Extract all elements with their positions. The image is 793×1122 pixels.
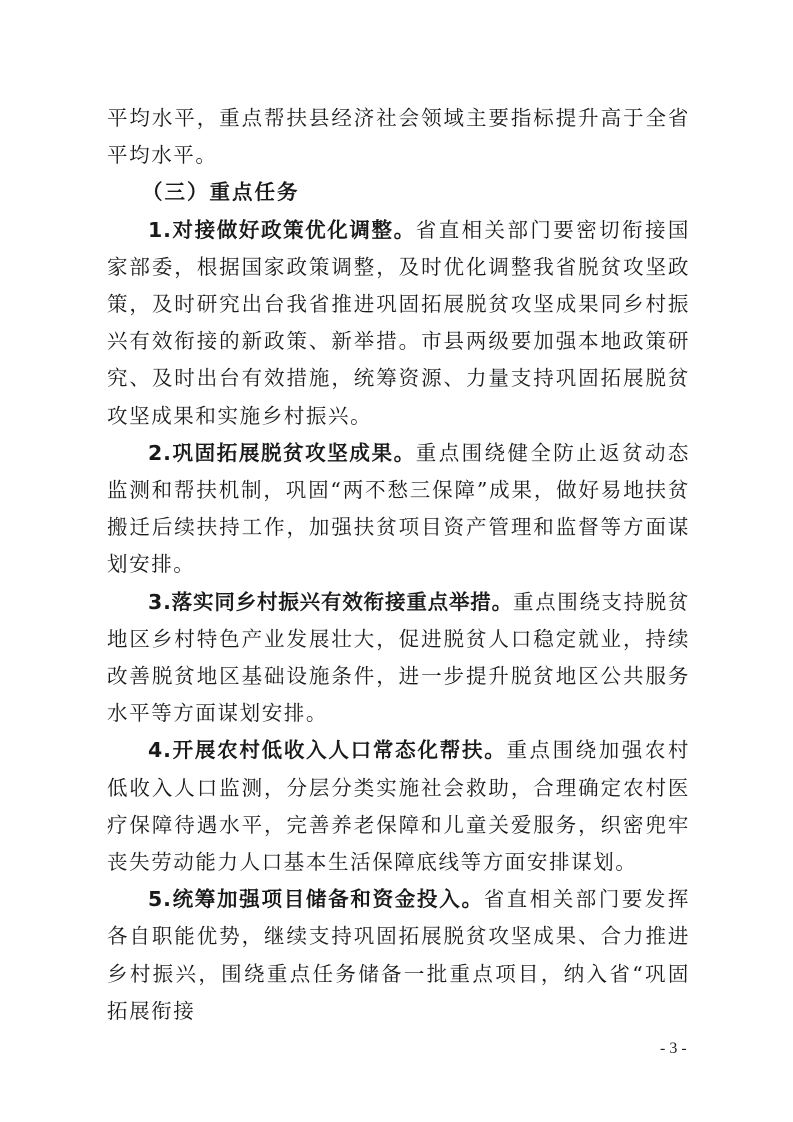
task-item-3: 3.落实同乡村振兴有效衔接重点举措。重点围绕支持脱贫地区乡村特色产业发展壮大，促… xyxy=(107,584,690,733)
task-item-title: 1.对接做好政策优化调整。 xyxy=(148,218,416,242)
document-page: 平均水平，重点帮扶县经济社会领域主要指标提升高于全省平均水平。 （三）重点任务 … xyxy=(0,0,793,1122)
task-item-5: 5.统筹加强项目储备和资金投入。省直相关部门要发挥各自职能优势，继续支持巩固拓展… xyxy=(107,881,690,1030)
task-item-4: 4.开展农村低收入人口常态化帮扶。重点围绕加强农村低收入人口监测，分层分类实施社… xyxy=(107,732,690,881)
task-item-title: 3.落实同乡村振兴有效衔接重点举措。 xyxy=(148,590,513,614)
task-item-body: 省直相关部门要密切衔接国家部委，根据国家政策调整，及时优化调整我省脱贫攻坚政策，… xyxy=(107,218,690,428)
continuation-paragraph: 平均水平，重点帮扶县经济社会领域主要指标提升高于全省平均水平。 xyxy=(107,100,690,174)
task-item-1: 1.对接做好政策优化调整。省直相关部门要密切衔接国家部委，根据国家政策调整，及时… xyxy=(107,212,690,435)
task-item-title: 4.开展农村低收入人口常态化帮扶。 xyxy=(148,738,506,762)
document-body: 平均水平，重点帮扶县经济社会领域主要指标提升高于全省平均水平。 （三）重点任务 … xyxy=(107,100,690,1030)
task-item-title: 2.巩固拓展脱贫攻坚成果。 xyxy=(148,441,416,465)
task-item-title: 5.统筹加强项目储备和资金投入。 xyxy=(148,887,484,911)
section-heading: （三）重点任务 xyxy=(107,174,690,211)
page-number: - 3 - xyxy=(660,1040,687,1058)
task-item-2: 2.巩固拓展脱贫攻坚成果。重点围绕健全防止返贫动态监测和帮扶机制，巩固“两不愁三… xyxy=(107,435,690,584)
